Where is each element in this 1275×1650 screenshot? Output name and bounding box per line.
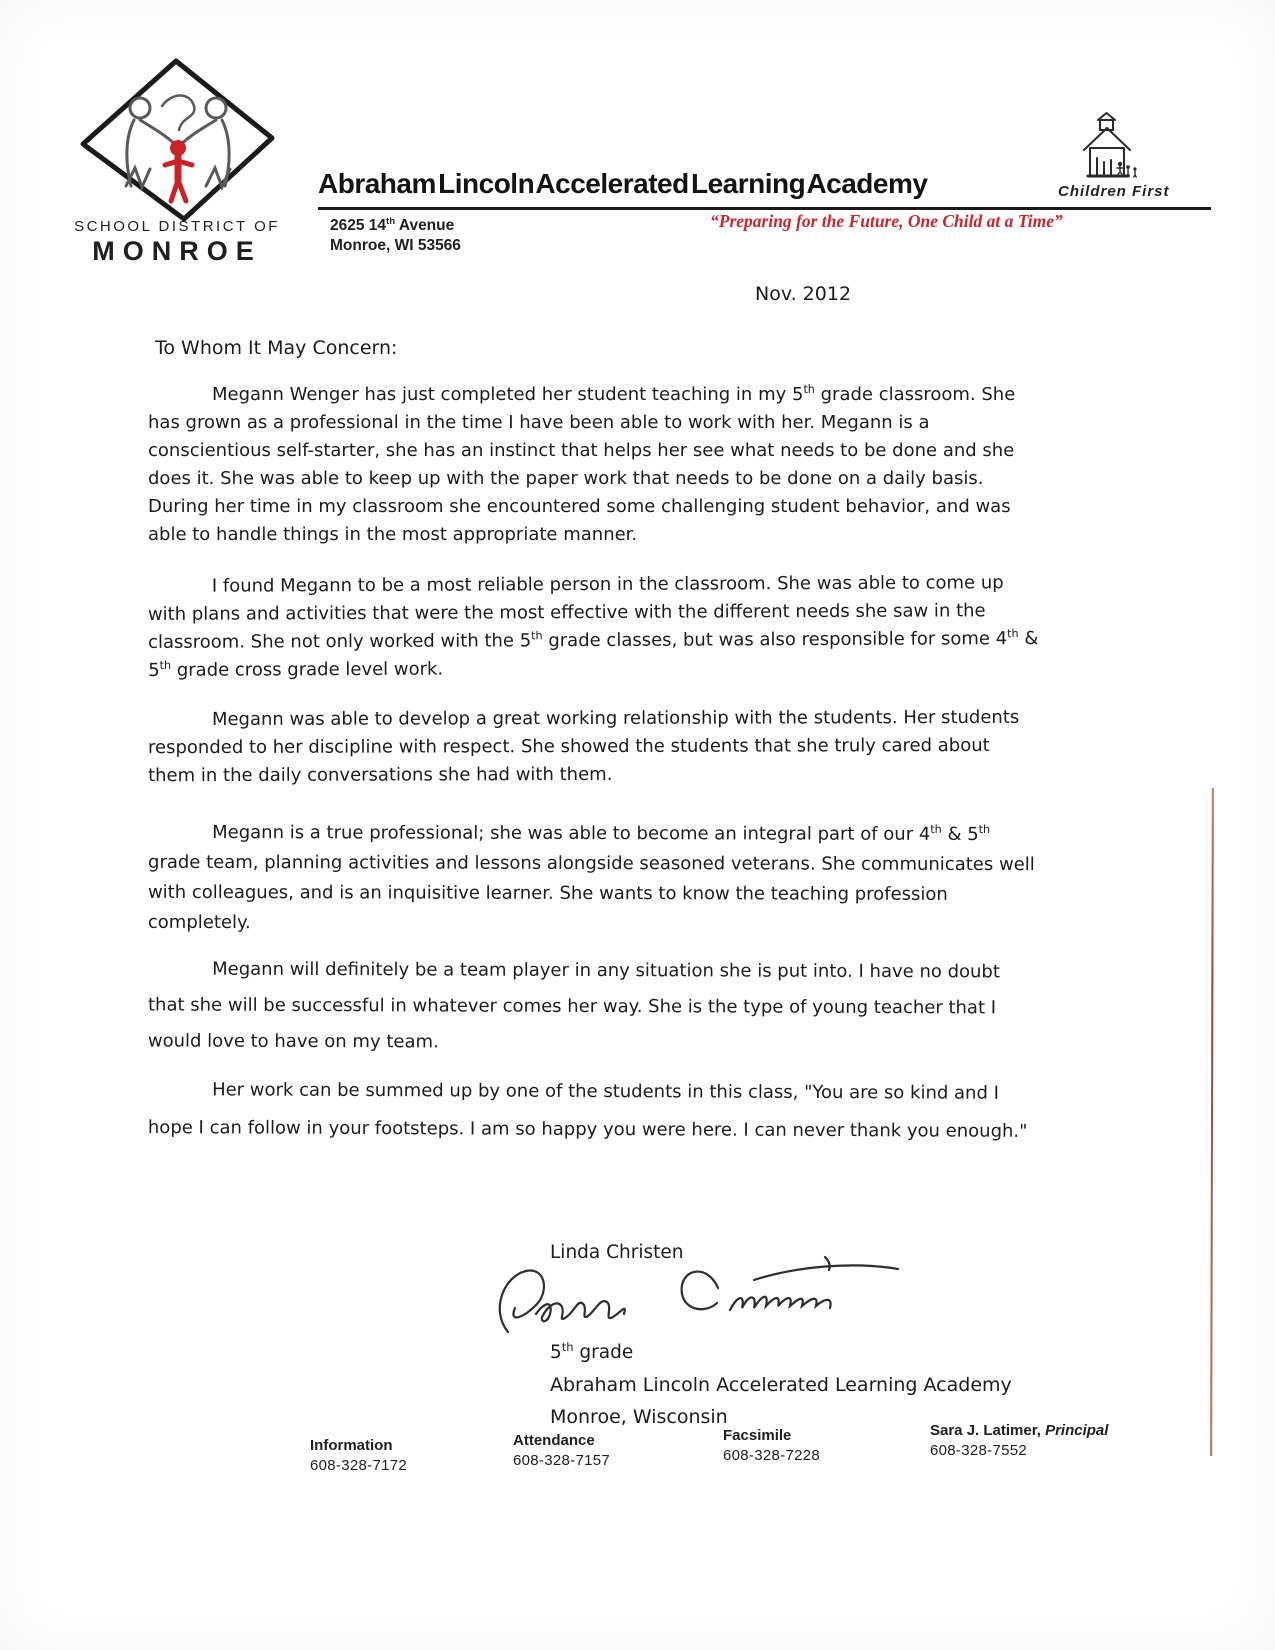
school-tagline: “Preparing for the Future, One Child at … xyxy=(710,211,1120,232)
signer-school: Abraham Lincoln Accelerated Learning Aca… xyxy=(550,1374,1012,1396)
school-district-logo xyxy=(78,58,278,223)
school-address: 2625 14th Avenue Monroe, WI 53566 xyxy=(330,216,461,256)
district-line1: SCHOOL DISTRICT OF xyxy=(72,218,282,235)
schoolhouse-icon xyxy=(1078,112,1142,186)
motto-children-first: Children First xyxy=(1058,183,1218,200)
address-line2: Monroe, WI 53566 xyxy=(330,236,461,256)
signer-grade: 5th grade xyxy=(550,1342,633,1363)
scan-artifact-line xyxy=(1210,788,1214,1456)
paragraph: I found Megann to be a most reliable per… xyxy=(148,569,1041,685)
header-rule xyxy=(318,207,1211,210)
letter-body: Megann Wenger has just completed her stu… xyxy=(148,381,1041,1171)
contact-item: Sara J. Latimer, Principal608-328-7552 xyxy=(930,1422,1180,1459)
paragraph: Her work can be summed up by one of the … xyxy=(148,1071,1041,1151)
letter-date: Nov. 2012 xyxy=(755,283,851,305)
district-name: SCHOOL DISTRICT OF MONROE xyxy=(72,218,282,267)
scanned-letter-page: SCHOOL DISTRICT OF MONROE Abraham Lincol… xyxy=(0,0,1275,1650)
district-diamond-figures-icon xyxy=(78,58,278,223)
contact-label: Sara J. Latimer, Principal xyxy=(930,1422,1180,1439)
address-line1: 2625 14th Avenue xyxy=(330,216,461,236)
contact-phone: 608-328-7552 xyxy=(930,1442,1180,1459)
school-name-title: Abraham Lincoln Accelerated Learning Aca… xyxy=(318,168,1018,200)
paragraph: Megann is a true professional; she was a… xyxy=(148,818,1041,940)
footer-contacts: Information608-328-7172Attendance608-328… xyxy=(0,1422,1275,1502)
salutation: To Whom It May Concern: xyxy=(155,337,397,359)
paragraph: Megann will definitely be a team player … xyxy=(148,951,1041,1062)
paragraph: Megann was able to develop a great worki… xyxy=(148,704,1041,790)
district-line2: MONROE xyxy=(72,236,282,267)
handwritten-signature xyxy=(492,1252,912,1347)
paragraph: Megann Wenger has just completed her stu… xyxy=(148,381,1041,549)
